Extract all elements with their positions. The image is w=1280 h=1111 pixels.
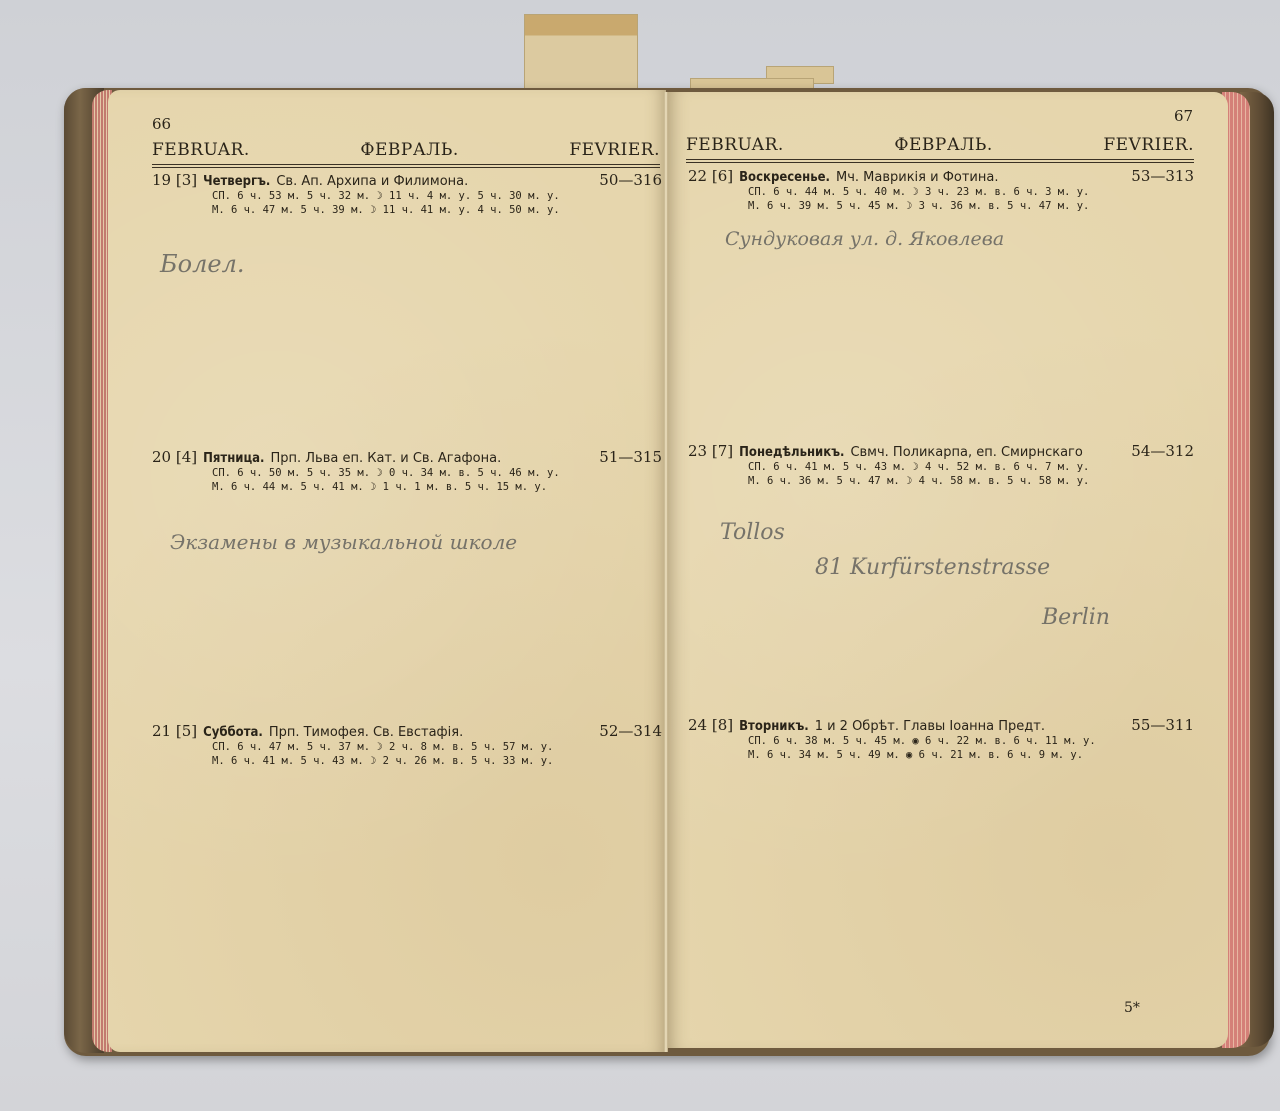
header-rule xyxy=(152,164,660,168)
spb-times: СП. 6 ч. 47 м. 5 ч. 37 м. ☽ 2 ч. 8 м. в.… xyxy=(152,740,662,754)
weekday: Суббота. xyxy=(203,725,263,740)
weekday: Понедѣльникъ. xyxy=(739,445,844,460)
weekday: Вторникъ. xyxy=(739,719,809,734)
saints: Прп. Льва еп. Кат. и Св. Агафона. xyxy=(270,451,599,466)
day-count: 51—315 xyxy=(599,448,662,466)
weekday: Воскресенье. xyxy=(739,170,830,185)
handwritten-note: Экзамены в музыкальной школе xyxy=(170,530,517,554)
saints: Свмч. Поликарпа, еп. Смирнскаго xyxy=(850,445,1131,460)
handwritten-city: Berlin xyxy=(1042,605,1110,630)
day-number: 22 [6] xyxy=(688,167,733,185)
saints: Мч. Маврикія и Фотина. xyxy=(836,170,1131,185)
spb-times: СП. 6 ч. 53 м. 5 ч. 32 м. ☽ 11 ч. 4 м. у… xyxy=(152,189,662,203)
day-number: 20 [4] xyxy=(152,448,197,466)
saints: Прп. Тимофея. Св. Евстафія. xyxy=(269,725,599,740)
day-number: 24 [8] xyxy=(688,716,733,734)
month-french: FEVRIER. xyxy=(1103,135,1194,155)
month-german: FEBRUAR. xyxy=(152,140,250,160)
moscow-times: М. 6 ч. 47 м. 5 ч. 39 м. ☽ 11 ч. 41 м. у… xyxy=(152,203,662,217)
spb-times: СП. 6 ч. 38 м. 5 ч. 45 м. ◉ 6 ч. 22 м. в… xyxy=(688,734,1194,748)
day-count: 52—314 xyxy=(599,722,662,740)
handwritten-address: 81 Kurfürstenstrasse xyxy=(815,555,1050,580)
page-number-right: 67 xyxy=(1174,107,1193,125)
weekday: Четвергъ. xyxy=(203,174,270,189)
moscow-times: М. 6 ч. 34 м. 5 ч. 49 м. ◉ 6 ч. 21 м. в.… xyxy=(688,748,1194,762)
moscow-times: М. 6 ч. 44 м. 5 ч. 41 м. ☽ 1 ч. 1 м. в. … xyxy=(152,480,662,494)
saints: 1 и 2 Обрѣт. Главы Іоанна Предт. xyxy=(815,719,1132,734)
month-french: FEVRIER. xyxy=(569,140,660,160)
bookmark-tab xyxy=(524,14,638,94)
month-header-right: FEBRUAR. ФЕВРАЛЬ. FEVRIER. xyxy=(686,135,1194,155)
day-count: 53—313 xyxy=(1131,167,1194,185)
handwritten-name: Tollos xyxy=(720,520,785,545)
day-count: 54—312 xyxy=(1131,442,1194,460)
saints: Св. Ап. Архипа и Филимона. xyxy=(276,174,599,189)
month-header-left: FEBRUAR. ФЕВРАЛЬ. FEVRIER. xyxy=(152,140,660,160)
month-german: FEBRUAR. xyxy=(686,135,784,155)
day-count: 50—316 xyxy=(599,171,662,189)
left-page xyxy=(108,90,666,1052)
month-russian: ФЕВРАЛЬ. xyxy=(894,135,992,155)
header-rule xyxy=(686,159,1194,163)
day-entry: 19 [3]Четвергъ.Св. Ап. Архипа и Филимона… xyxy=(152,171,662,217)
day-number: 23 [7] xyxy=(688,442,733,460)
handwritten-note: Сундуковая ул. д. Яковлева xyxy=(725,228,1004,250)
moscow-times: М. 6 ч. 41 м. 5 ч. 43 м. ☽ 2 ч. 26 м. в.… xyxy=(152,754,662,768)
month-russian: ФЕВРАЛЬ. xyxy=(360,140,458,160)
day-entry: 20 [4]Пятница.Прп. Льва еп. Кат. и Св. А… xyxy=(152,448,662,494)
day-number: 19 [3] xyxy=(152,171,197,189)
spb-times: СП. 6 ч. 50 м. 5 ч. 35 м. ☽ 0 ч. 34 м. в… xyxy=(152,466,662,480)
page-number-left: 66 xyxy=(152,115,171,133)
moscow-times: М. 6 ч. 36 м. 5 ч. 47 м. ☽ 4 ч. 58 м. в.… xyxy=(688,474,1194,488)
day-entry: 23 [7]Понедѣльникъ.Свмч. Поликарпа, еп. … xyxy=(688,442,1194,488)
spb-times: СП. 6 ч. 41 м. 5 ч. 43 м. ☽ 4 ч. 52 м. в… xyxy=(688,460,1194,474)
spb-times: СП. 6 ч. 44 м. 5 ч. 40 м. ☽ 3 ч. 23 м. в… xyxy=(688,185,1194,199)
day-count: 55—311 xyxy=(1131,716,1194,734)
handwritten-note: Болел. xyxy=(160,250,244,278)
day-entry: 24 [8]Вторникъ.1 и 2 Обрѣт. Главы Іоанна… xyxy=(688,716,1194,762)
moscow-times: М. 6 ч. 39 м. 5 ч. 45 м. ☽ 3 ч. 36 м. в.… xyxy=(688,199,1194,213)
day-entry: 22 [6]Воскресенье.Мч. Маврикія и Фотина.… xyxy=(688,167,1194,213)
weekday: Пятница. xyxy=(203,451,264,466)
day-number: 21 [5] xyxy=(152,722,197,740)
signature-mark: 5* xyxy=(1124,1000,1140,1016)
day-entry: 21 [5]Суббота.Прп. Тимофея. Св. Евстафія… xyxy=(152,722,662,768)
